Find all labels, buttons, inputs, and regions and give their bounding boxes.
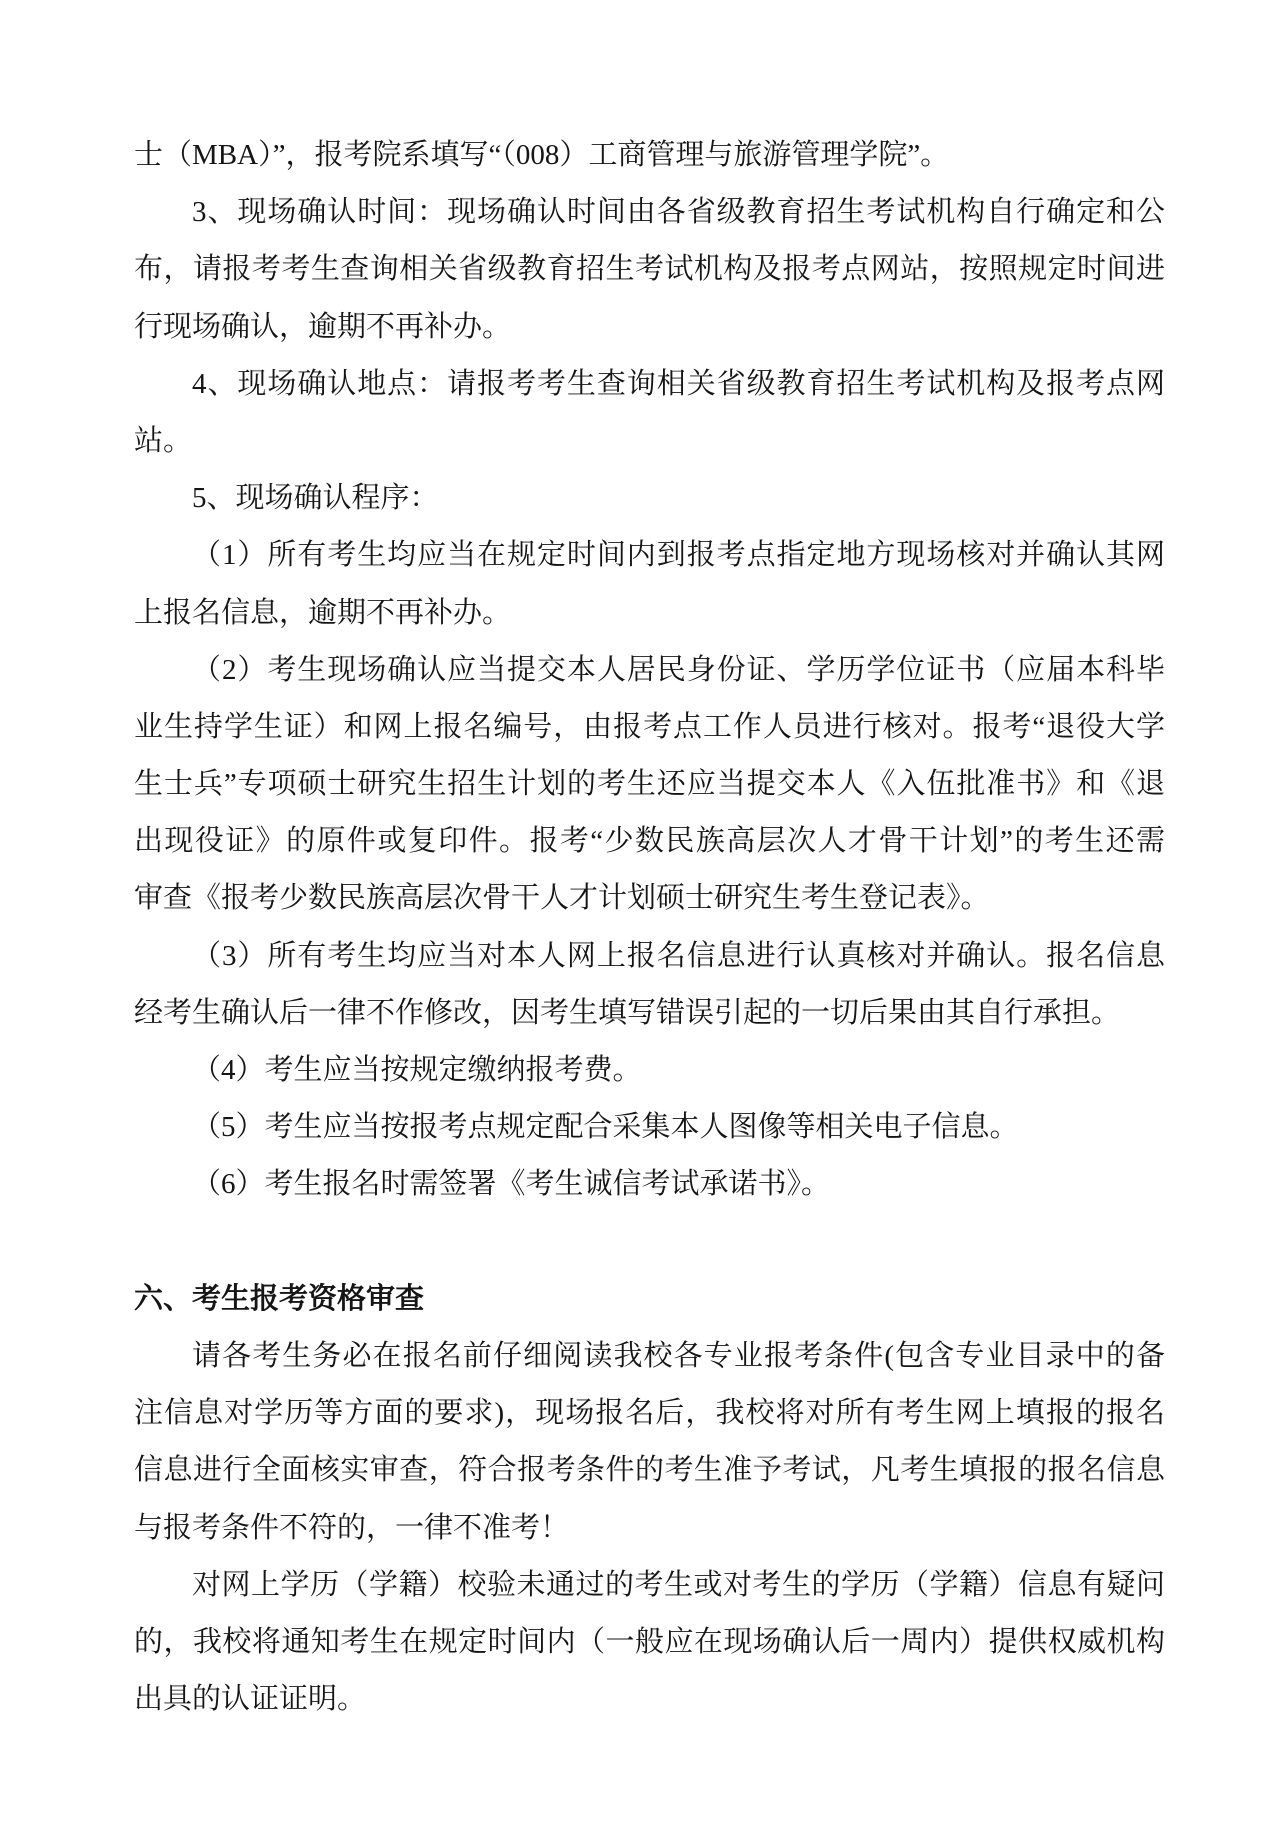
paragraph: （2）考生现场确认应当提交本人居民身份证、学历学位证书（应届本科毕业生持学生证）…: [134, 642, 1165, 928]
paragraph: 5、现场确认程序：: [134, 470, 1165, 527]
paragraph: 请各考生务必在报名前仔细阅读我校各专业报考条件(包含专业目录中的备注信息对学历等…: [134, 1328, 1165, 1557]
text-line: （5）考生应当按报考点规定配合采集本人图像等相关电子信息。: [134, 1099, 1165, 1156]
text-line: 士（MBA）”，报考院系填写“（008）工商管理与旅游管理学院”。: [134, 127, 1165, 184]
text-line: 4、现场确认地点：请报考考生查询相关省级教育招生考试机构及报考点网: [134, 356, 1165, 413]
text-line: 审查《报考少数民族高层次骨干人才计划硕士研究生考生登记表》。: [134, 870, 1165, 927]
text-line: 3、现场确认时间：现场确认时间由各省级教育招生考试机构自行确定和公: [134, 184, 1165, 241]
text-line: （6）考生报名时需签署《考生诚信考试承诺书》。: [134, 1156, 1165, 1213]
paragraph: 3、现场确认时间：现场确认时间由各省级教育招生考试机构自行确定和公布，请报考考生…: [134, 184, 1165, 356]
text-line: 对网上学历（学籍）校验未通过的考生或对考生的学历（学籍）信息有疑问: [134, 1557, 1165, 1614]
text-line: （4）考生应当按规定缴纳报考费。: [134, 1042, 1165, 1099]
paragraph: （5）考生应当按报考点规定配合采集本人图像等相关电子信息。: [134, 1099, 1165, 1156]
paragraph: （3）所有考生均应当对本人网上报名信息进行认真核对并确认。报名信息经考生确认后一…: [134, 928, 1165, 1042]
paragraph: 士（MBA）”，报考院系填写“（008）工商管理与旅游管理学院”。: [134, 127, 1165, 184]
paragraph: （1）所有考生均应当在规定时间内到报考点指定地方现场核对并确认其网上报名信息，逾…: [134, 527, 1165, 641]
text-line: 上报名信息，逾期不再补办。: [134, 585, 1165, 642]
text-line: 经考生确认后一律不作修改，因考生填写错误引起的一切后果由其自行承担。: [134, 985, 1165, 1042]
text-line: 站。: [134, 413, 1165, 470]
text-line: 5、现场确认程序：: [134, 470, 1165, 527]
text-line: 请各考生务必在报名前仔细阅读我校各专业报考条件(包含专业目录中的备: [134, 1328, 1165, 1385]
text-line: 的，我校将通知考生在规定时间内（一般应在现场确认后一周内）提供权威机构: [134, 1614, 1165, 1671]
text-line: 出现役证》的原件或复印件。报考“少数民族高层次人才骨干计划”的考生还需: [134, 813, 1165, 870]
section-heading: 六、考生报考资格审查: [134, 1271, 1165, 1328]
text-line: 信息进行全面核实审查，符合报考条件的考生准予考试，凡考生填报的报名信息: [134, 1442, 1165, 1499]
text-line: 与报考条件不符的，一律不准考！: [134, 1500, 1165, 1557]
document-body: 士（MBA）”，报考院系填写“（008）工商管理与旅游管理学院”。3、现场确认时…: [134, 127, 1165, 1728]
paragraph: 对网上学历（学籍）校验未通过的考生或对考生的学历（学籍）信息有疑问的，我校将通知…: [134, 1557, 1165, 1729]
text-line: 行现场确认，逾期不再补办。: [134, 299, 1165, 356]
text-line: （2）考生现场确认应当提交本人居民身份证、学历学位证书（应届本科毕: [134, 642, 1165, 699]
text-line: 生士兵”专项硕士研究生招生计划的考生还应当提交本人《入伍批准书》和《退: [134, 756, 1165, 813]
text-line: （1）所有考生均应当在规定时间内到报考点指定地方现场核对并确认其网: [134, 527, 1165, 584]
section-heading-block: 六、考生报考资格审查: [134, 1271, 1165, 1328]
text-line: 业生持学生证）和网上报名编号，由报考点工作人员进行核对。报考“退役大学: [134, 699, 1165, 756]
text-line: 注信息对学历等方面的要求)，现场报名后，我校将对所有考生网上填报的报名: [134, 1385, 1165, 1442]
document-page: 士（MBA）”，报考院系填写“（008）工商管理与旅游管理学院”。3、现场确认时…: [0, 0, 1280, 1832]
blank-line: [134, 1214, 1165, 1271]
paragraph: 4、现场确认地点：请报考考生查询相关省级教育招生考试机构及报考点网站。: [134, 356, 1165, 470]
text-line: （3）所有考生均应当对本人网上报名信息进行认真核对并确认。报名信息: [134, 928, 1165, 985]
text-line: 出具的认证证明。: [134, 1671, 1165, 1728]
paragraph: （4）考生应当按规定缴纳报考费。: [134, 1042, 1165, 1099]
paragraph: （6）考生报名时需签署《考生诚信考试承诺书》。: [134, 1156, 1165, 1213]
text-line: 布，请报考考生查询相关省级教育招生考试机构及报考点网站，按照规定时间进: [134, 241, 1165, 298]
